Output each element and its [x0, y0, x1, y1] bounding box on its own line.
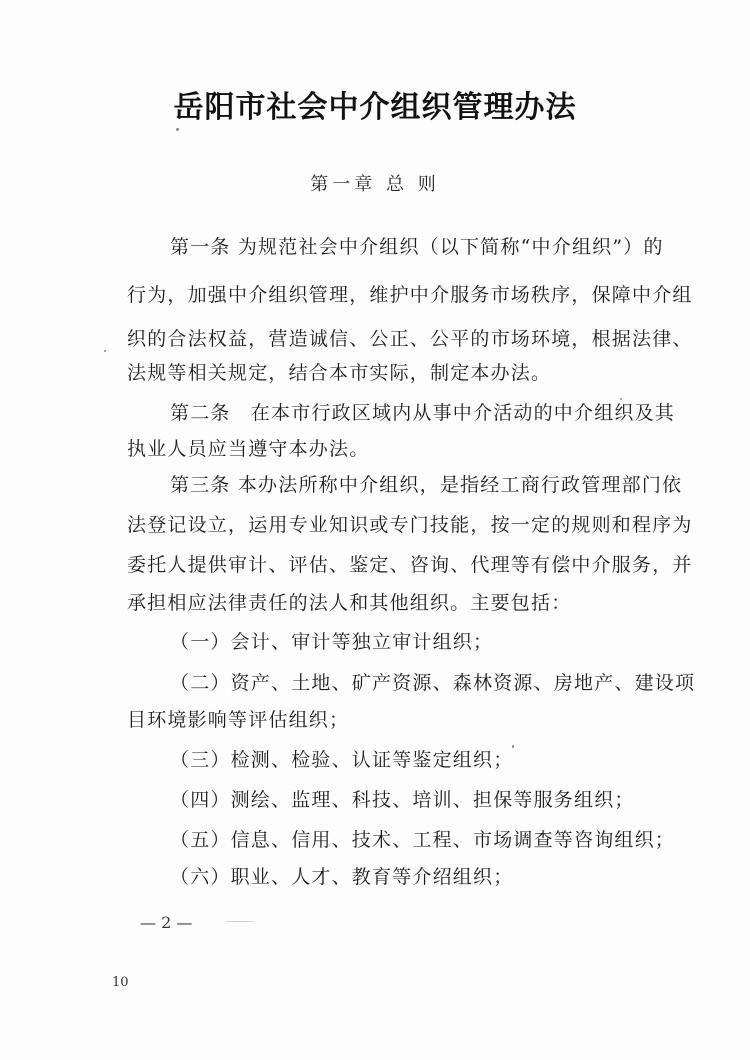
chapter-heading: 第一章 总 则 [0, 170, 750, 196]
scan-speck [512, 745, 514, 748]
article-1-line-2: 行为，加强中介组织管理，维护中介服务市场秩序，保障中介组 [127, 280, 693, 307]
list-item-5: （五）信息、信用、技术、工程、市场调查等咨询组织； [170, 825, 675, 852]
scan-speck [225, 921, 255, 922]
list-item-6: （六）职业、人才、教育等介绍组织； [170, 862, 513, 889]
document-page: 岳阳市社会中介组织管理办法 第一章 总 则 第一条 为规范社会中介组织（以下简称… [0, 0, 750, 1060]
scan-speck [620, 398, 622, 400]
list-item-4: （四）测绘、监理、科技、培训、担保等服务组织； [170, 785, 635, 812]
scan-speck [104, 350, 106, 352]
article-2-line-2: 执业人员应当遵守本办法。 [127, 434, 369, 461]
list-item-2-line-2: 目环境影响等评估组织； [127, 705, 349, 732]
article-1-line-1: 第一条 为规范社会中介组织（以下简称“中介组织”）的 [170, 232, 664, 259]
article-1-line-3: 织的合法权益，营造诚信、公正、公平的市场环境，根据法律、 [127, 324, 693, 351]
list-item-3: （三）检测、检验、认证等鉴定组织； [170, 745, 513, 772]
page-number: — 2 — [140, 913, 192, 932]
document-title: 岳阳市社会中介组织管理办法 [0, 82, 750, 126]
scan-page-number: 10 [112, 975, 129, 990]
list-item-2-line-1: （二）资产、土地、矿产资源、森林资源、房地产、建设项 [170, 668, 695, 695]
article-3-line-1: 第三条 本办法所称中介组织，是指经工商行政管理部门依 [170, 470, 682, 497]
article-3-line-4: 承担相应法律责任的法人和其他组织。主要包括： [127, 588, 571, 615]
article-3-line-2: 法登记设立，运用专业知识或专门技能，按一定的规则和程序为 [127, 510, 693, 537]
article-1-line-4: 法规等相关规定，结合本市实际，制定本办法。 [127, 358, 551, 385]
scan-speck [176, 128, 179, 131]
list-item-1: （一）会计、审计等独立审计组织； [170, 627, 493, 654]
article-2-line-1: 第二条 在本市行政区域内从事中介活动的中介组织及其 [170, 398, 675, 425]
article-3-line-3: 委托人提供审计、评估、鉴定、咨询、代理等有偿中介服务，并 [127, 550, 693, 577]
